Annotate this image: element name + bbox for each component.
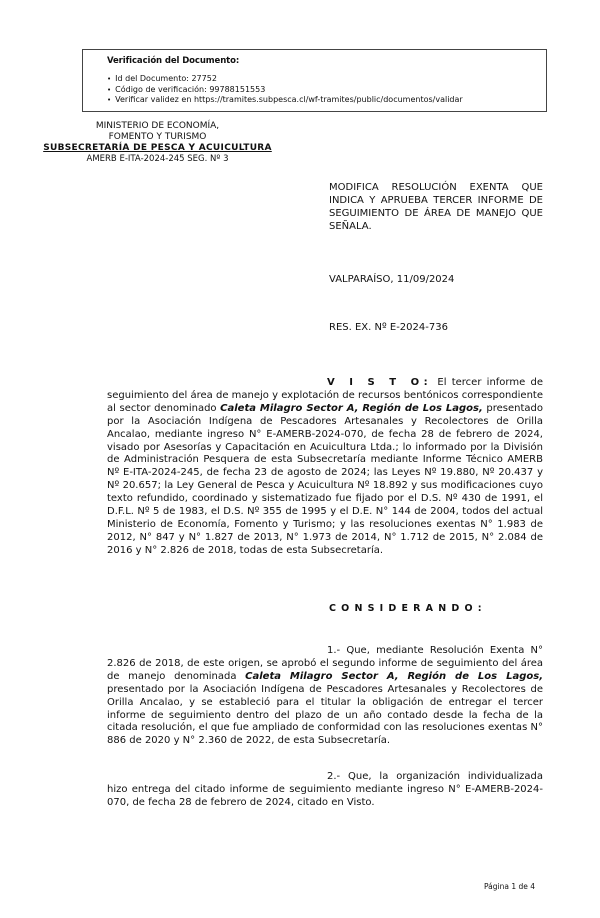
considerando-item-2: 2.- Que, la organización individualizada… bbox=[107, 771, 543, 810]
ministry-line-2: FOMENTO Y TURISMO bbox=[30, 132, 285, 143]
place-date: VALPARAÍSO, 11/09/2024 bbox=[329, 274, 454, 285]
verification-code: Código de verificación: 99788151553 bbox=[107, 85, 463, 96]
resolution-subject: MODIFICA RESOLUCIÓN EXENTA QUE INDICA Y … bbox=[329, 181, 543, 233]
page-number: Página 1 de 4 bbox=[484, 882, 535, 891]
document-id: Id del Documento: 27752 bbox=[107, 74, 463, 85]
verification-url[interactable]: Verificar validez en https://tramites.su… bbox=[107, 95, 463, 106]
considerando-item-1: 1.- Que, mediante Resolución Exenta N° 2… bbox=[107, 645, 543, 748]
issuer-header: MINISTERIO DE ECONOMÍA, FOMENTO Y TURISM… bbox=[30, 121, 285, 165]
ministry-line-1: MINISTERIO DE ECONOMÍA, bbox=[30, 121, 285, 132]
resolution-number: RES. EX. Nº E-2024-736 bbox=[329, 322, 448, 333]
verification-list: Id del Documento: 27752 Código de verifi… bbox=[107, 74, 463, 106]
visto-paragraph: V I S T O: El tercer informe de seguimie… bbox=[107, 377, 543, 558]
reference-code: AMERB E-ITA-2024-245 SEG. Nº 3 bbox=[30, 154, 285, 165]
visto-heading: V I S T O: bbox=[327, 377, 432, 388]
area-name: Caleta Milagro Sector A, Región de Los L… bbox=[220, 403, 483, 414]
considerando-heading: CONSIDERANDO: bbox=[329, 603, 487, 614]
verification-box: Verificación del Documento: Id del Docum… bbox=[82, 49, 547, 112]
area-name: Caleta Milagro Sector A, Región de Los L… bbox=[245, 671, 543, 682]
subsecretaria-name: SUBSECRETARÍA DE PESCA Y ACUICULTURA bbox=[30, 143, 285, 154]
verification-title: Verificación del Documento: bbox=[107, 56, 239, 66]
